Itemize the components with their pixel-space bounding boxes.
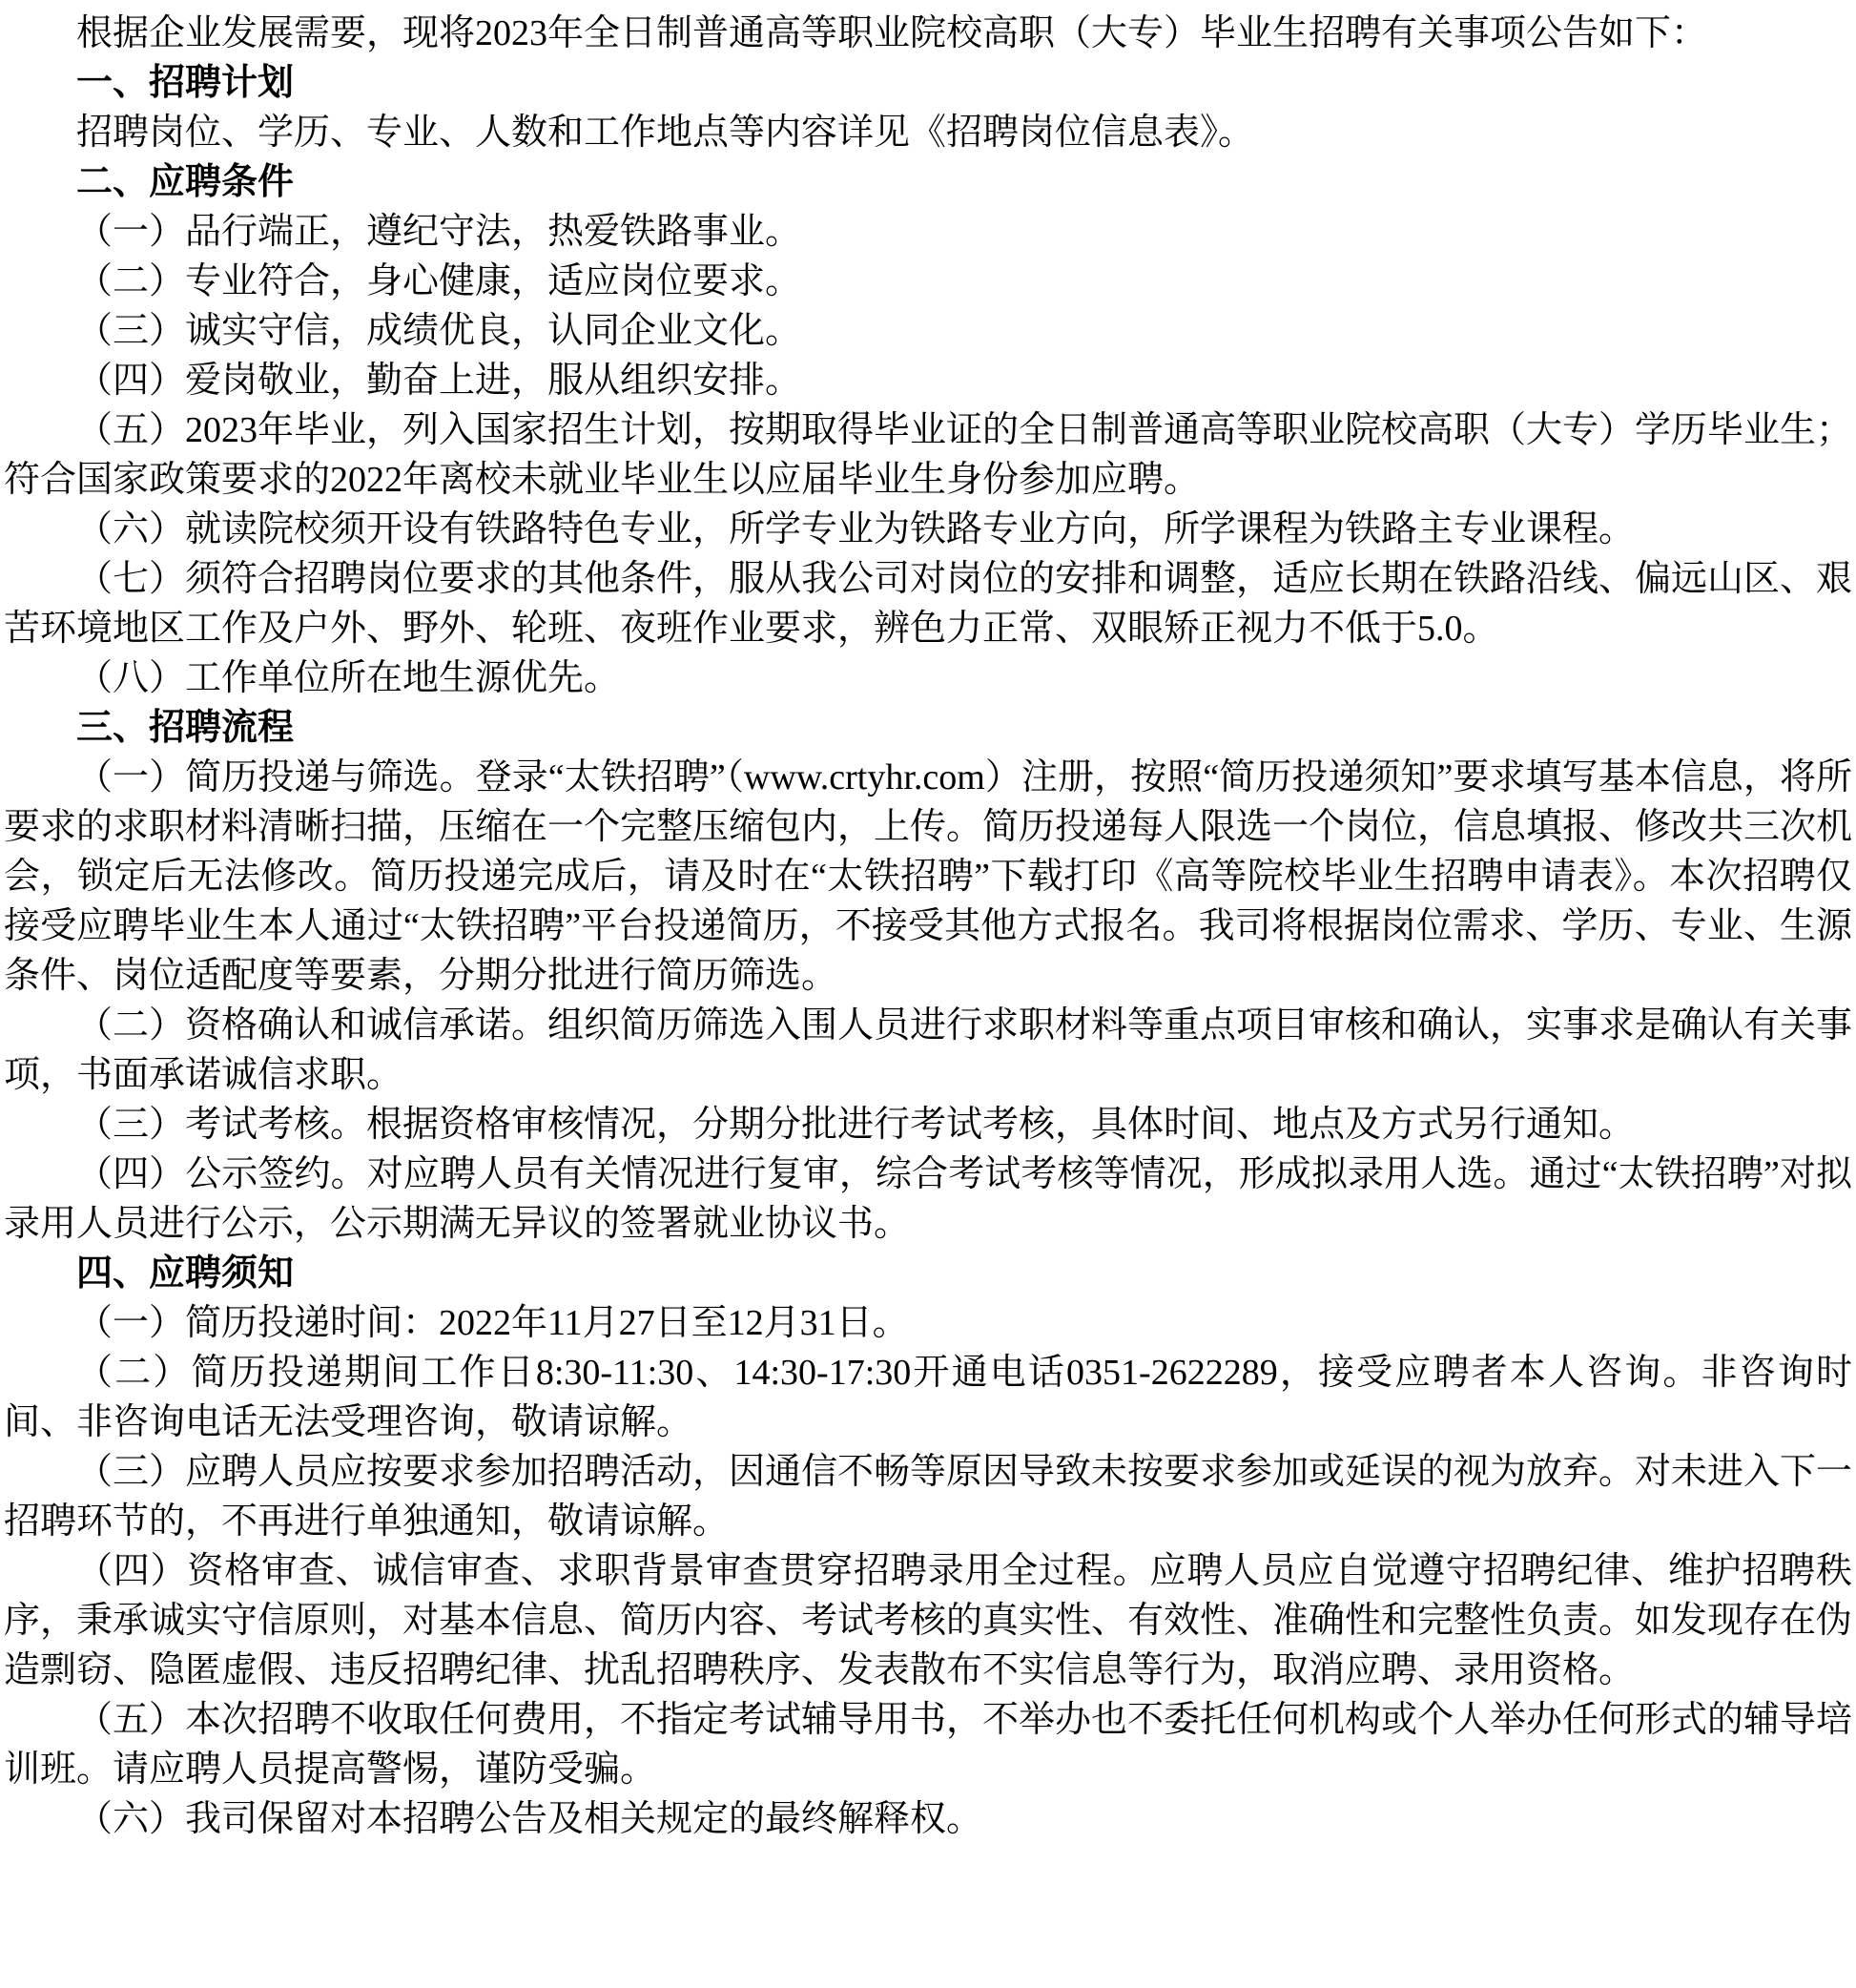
paragraph: （二）简历投递期间工作日8:30-11:30、14:30-17:30开通电话03… — [4, 1348, 1852, 1447]
paragraph: （三）诚实守信，成绩优良，认同企业文化。 — [4, 306, 1852, 356]
paragraph: （四）爱岗敬业，勤奋上进，服从组织安排。 — [4, 356, 1852, 405]
paragraph: （七）须符合招聘岗位要求的其他条件，服从我公司对岗位的安排和调整，适应长期在铁路… — [4, 554, 1852, 653]
paragraph: （八）工作单位所在地生源优先。 — [4, 653, 1852, 703]
section-heading-application-notes: 四、应聘须知 — [4, 1249, 1852, 1298]
paragraph: 招聘岗位、学历、专业、人数和工作地点等内容详见《招聘岗位信息表》。 — [4, 108, 1852, 157]
paragraph: （三）考试考核。根据资格审核情况，分期分批进行考试考核，具体时间、地点及方式另行… — [4, 1100, 1852, 1149]
paragraph: （六）我司保留对本招聘公告及相关规定的最终解释权。 — [4, 1794, 1852, 1844]
section-heading-recruitment-plan: 一、招聘计划 — [4, 58, 1852, 108]
paragraph: （五）2023年毕业，列入国家招生计划，按期取得毕业证的全日制普通高等职业院校高… — [4, 405, 1852, 505]
paragraph: （四）公示签约。对应聘人员有关情况进行复审，综合考试考核等情况，形成拟录用人选。… — [4, 1149, 1852, 1249]
paragraph: （二）专业符合，身心健康，适应岗位要求。 — [4, 257, 1852, 306]
announcement-document: 根据企业发展需要，现将2023年全日制普通高等职业院校高职（大专）毕业生招聘有关… — [0, 0, 1856, 1988]
intro-paragraph: 根据企业发展需要，现将2023年全日制普通高等职业院校高职（大专）毕业生招聘有关… — [4, 9, 1852, 58]
paragraph: （一）简历投递时间：2022年11月27日至12月31日。 — [4, 1298, 1852, 1348]
paragraph: （二）资格确认和诚信承诺。组织简历筛选入围人员进行求职材料等重点项目审核和确认，… — [4, 1001, 1852, 1100]
paragraph: （六）就读院校须开设有铁路特色专业，所学专业为铁路专业方向，所学课程为铁路主专业… — [4, 505, 1852, 554]
paragraph: （一）品行端正，遵纪守法，热爱铁路事业。 — [4, 207, 1852, 257]
paragraph: （三）应聘人员应按要求参加招聘活动，因通信不畅等原因导致未按要求参加或延误的视为… — [4, 1447, 1852, 1546]
section-heading-recruitment-process: 三、招聘流程 — [4, 703, 1852, 753]
section-heading-application-conditions: 二、应聘条件 — [4, 157, 1852, 207]
paragraph: （五）本次招聘不收取任何费用，不指定考试辅导用书，不举办也不委托任何机构或个人举… — [4, 1695, 1852, 1794]
paragraph: （一）简历投递与筛选。登录“太铁招聘”（www.crtyhr.com）注册，按照… — [4, 753, 1852, 1001]
paragraph: （四）资格审查、诚信审查、求职背景审查贯穿招聘录用全过程。应聘人员应自觉遵守招聘… — [4, 1546, 1852, 1695]
